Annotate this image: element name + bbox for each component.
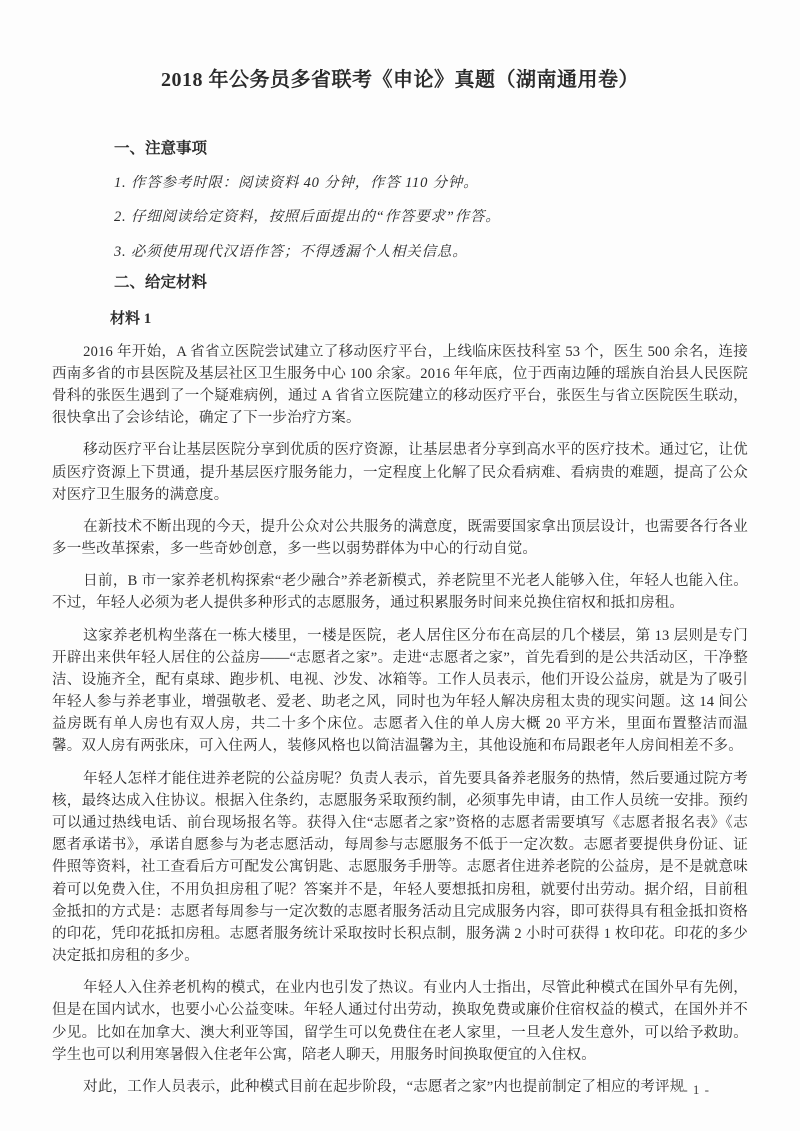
material-paragraph-8: 对此，工作人员表示，此种模式目前在起步阶段，“志愿者之家”内也提前制定了相应的考… bbox=[52, 1066, 748, 1098]
page-number: - 1 - bbox=[683, 1082, 710, 1098]
notice-section-heading: 一、注意事项 bbox=[114, 140, 748, 159]
material-paragraph-4: 日前，B 市一家养老机构探索“老少融合”养老新模式，养老院里不光老人能够入住，年… bbox=[52, 560, 748, 614]
material-paragraph-7: 年轻人入住养老机构的模式，在业内也引发了热议。有业内人士指出，尽管此种模式在国外… bbox=[52, 967, 748, 1066]
notice-item-2: 2. 仔细阅读给定资料，按照后面提出的“作答要求”作答。 bbox=[114, 208, 748, 227]
page-title: 2018 年公务员多省联考《申论》真题（湖南通用卷） bbox=[52, 68, 748, 92]
document-page: 2018 年公务员多省联考《申论》真题（湖南通用卷） 一、注意事项 1. 作答参… bbox=[0, 0, 800, 1131]
notice-item-1: 1. 作答参考时限：阅读资料 40 分钟，作答 110 分钟。 bbox=[114, 174, 748, 193]
material-paragraph-2: 移动医疗平台让基层医院分享到优质的医疗资源，让基层患者分享到高水平的医疗技术。通… bbox=[52, 429, 748, 506]
material-paragraph-1: 2016 年开始，A 省省立医院尝试建立了移动医疗平台，上线临床医技科室 53 … bbox=[52, 328, 748, 430]
materials-section-heading: 二、给定材料 bbox=[114, 274, 748, 293]
material-1-label: 材料 1 bbox=[110, 310, 748, 328]
material-paragraph-6: 年轻人怎样才能住进养老院的公益房呢？负责人表示，首先要具备养老服务的热情，然后要… bbox=[52, 758, 748, 968]
material-paragraph-5: 这家养老机构坐落在一栋大楼里，一楼是医院，老人居住区分布在高层的几个楼层，第 1… bbox=[52, 615, 748, 758]
notice-item-3: 3. 必须使用现代汉语作答；不得透漏个人相关信息。 bbox=[114, 243, 748, 262]
material-paragraph-3: 在新技术不断出现的今天，提升公众对公共服务的满意度，既需要国家拿出顶层设计，也需… bbox=[52, 506, 748, 560]
